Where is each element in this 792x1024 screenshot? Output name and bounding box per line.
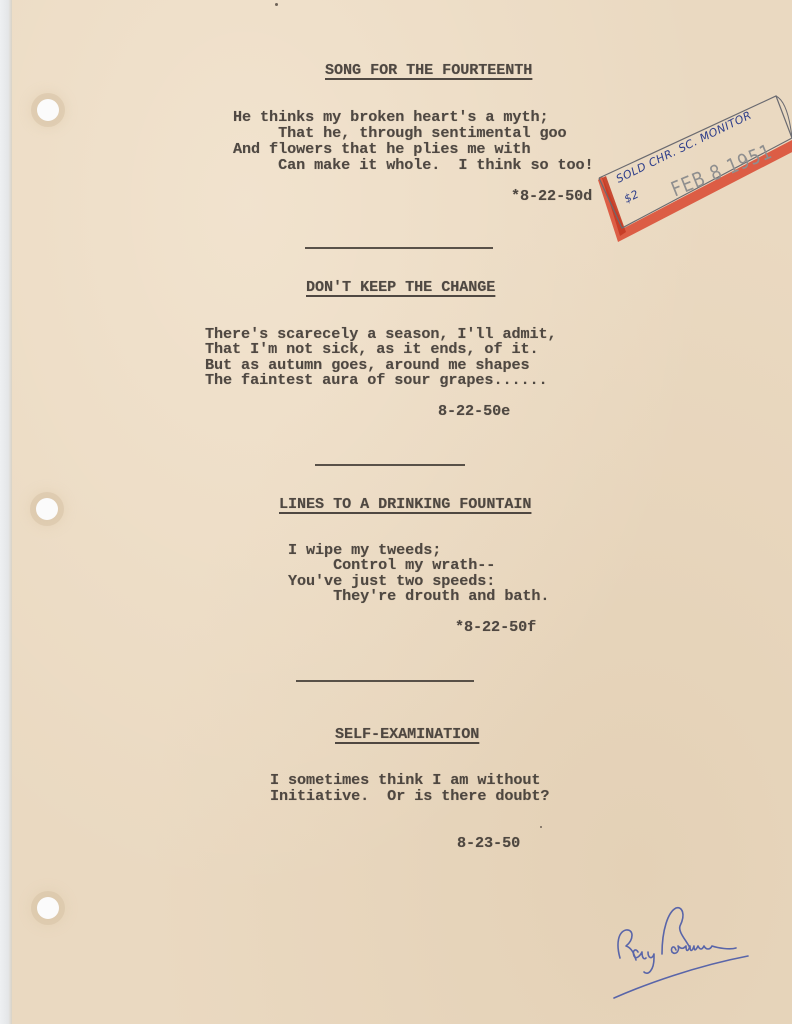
sale-annotation-stamp: SOLD CHR. SC. MONITOR $2 FEB 8 1951 [596,92,792,242]
punch-hole-middle [36,498,58,520]
paper-speck [275,3,278,6]
scan-edge [0,0,12,1024]
poem-title: SELF-EXAMINATION [335,727,479,743]
poem-line: Can make it whole. I think so too! [233,158,594,174]
poem-date: *8-22-50f [455,620,536,636]
section-divider [305,247,493,249]
poem-date: 8-23-50 [457,836,520,852]
punch-hole-top [37,99,59,121]
poem-line: Initiative. Or is there doubt? [270,789,549,805]
section-divider [296,680,474,682]
paper-speck [540,826,542,828]
poem-line: The faintest aura of sour grapes...... [205,373,548,389]
poem-date: *8-22-50d [511,189,592,205]
poem-line: They're drouth and bath. [288,589,549,605]
poem-title: LINES TO A DRINKING FOUNTAIN [279,497,531,513]
section-divider [315,464,465,466]
signature [606,900,756,1005]
poem-date: 8-22-50e [438,404,510,420]
punch-hole-bottom [37,897,59,919]
poem-title: DON'T KEEP THE CHANGE [306,280,495,296]
poem-title: SONG FOR THE FOURTEENTH [325,63,532,79]
